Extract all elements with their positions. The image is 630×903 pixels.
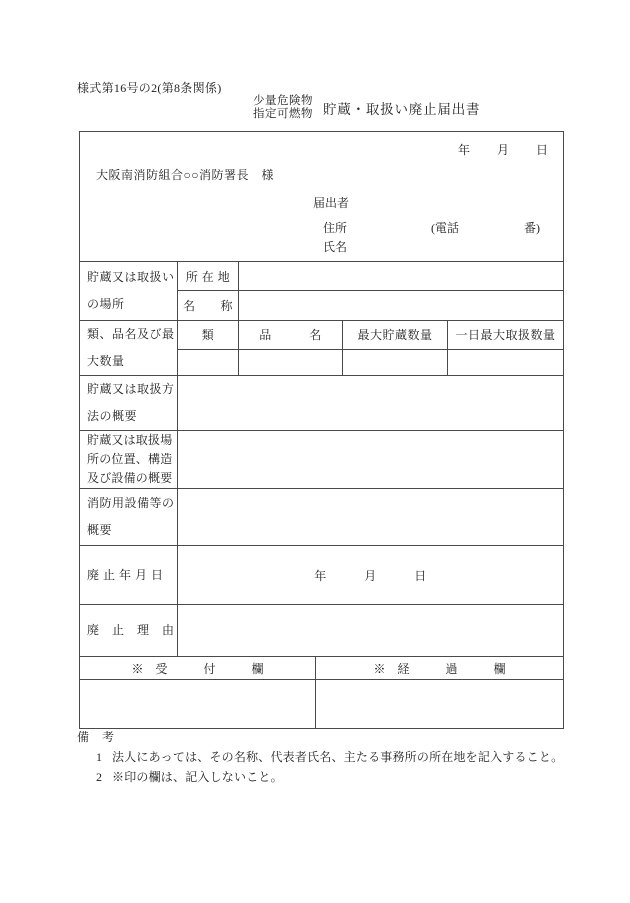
input-max-storage — [343, 349, 448, 375]
note-item: 2 ※印の欄は、記入しないこと。 — [77, 767, 577, 787]
input-daily-max — [448, 349, 564, 375]
input-method-summary — [178, 376, 564, 431]
declarant-address-label: 住所 — [323, 219, 347, 236]
addressee: 大阪南消防組合○○消防署長 様 — [96, 166, 274, 183]
note-text: ※印の欄は、記入しないこと。 — [112, 767, 283, 787]
input-fire-equipment — [178, 489, 564, 546]
submission-date: 年 月 日 — [458, 141, 549, 158]
form-title: 少量危険物 指定可燃物 貯蔵・取扱い廃止届出書 — [253, 95, 480, 121]
note-text: 法人にあっては、その名称、代表者氏名、主たる事務所の所在地を記入すること。 — [112, 747, 563, 767]
reception-column-header: ※ 受 付 欄 — [80, 657, 316, 680]
column-header-class: 類 — [178, 321, 239, 350]
phone-number-suffix: 番) — [524, 219, 540, 236]
sublabel-location-name: 名 称 — [178, 291, 239, 321]
progress-stamp-box — [316, 680, 564, 729]
notes-section: 備 考 1 法人にあっては、その名称、代表者氏名、主たる事務所の所在地を記入する… — [77, 727, 577, 787]
title-category-line2: 指定可燃物 — [253, 108, 313, 121]
header-section: 年 月 日 大阪南消防組合○○消防署長 様 届出者 住所 (電話 番) 氏名 — [80, 132, 564, 262]
label-storage-location: 貯蔵又は取扱い の場所 — [80, 262, 178, 321]
label-method-summary: 貯蔵又は取扱方 法の概要 — [80, 376, 178, 431]
input-location-name — [239, 291, 564, 321]
reception-stamp-box — [80, 680, 316, 729]
column-header-daily-max: 一日最大取扱数量 — [448, 321, 564, 350]
column-header-max-storage: 最大貯蔵数量 — [343, 321, 448, 350]
input-product-name — [239, 349, 343, 375]
input-structure-summary — [178, 431, 564, 489]
sublabel-location-address: 所 在 地 — [178, 262, 239, 291]
declarant-label: 届出者 — [313, 194, 349, 211]
stamp-section-table: ※ 受 付 欄 ※ 経 過 欄 — [79, 656, 564, 729]
note-number: 1 — [96, 747, 102, 767]
document-page: 様式第16号の2(第8条関係) 少量危険物 指定可燃物 貯蔵・取扱い廃止届出書 … — [0, 0, 630, 903]
note-number: 2 — [96, 767, 102, 787]
label-abolition-date: 廃 止 年 月 日 — [80, 546, 178, 605]
phone-label: (電話 — [431, 219, 459, 236]
notes-title: 備 考 — [77, 727, 577, 747]
label-structure-summary: 貯蔵又は取扱場 所の位置、構造 及び設備の概要 — [80, 431, 178, 489]
label-class-qty: 類、品名及び最 大数量 — [80, 321, 178, 376]
note-item: 1 法人にあっては、その名称、代表者氏名、主たる事務所の所在地を記入すること。 — [77, 747, 577, 767]
input-location-address — [239, 262, 564, 291]
label-abolition-reason: 廃 止 理 由 — [80, 605, 178, 657]
declarant-name-label: 氏名 — [323, 238, 347, 255]
progress-column-header: ※ 経 過 欄 — [316, 657, 564, 680]
title-main: 貯蔵・取扱い廃止届出書 — [323, 98, 480, 118]
title-category-stack: 少量危険物 指定可燃物 — [253, 95, 313, 121]
column-header-product-name: 品 名 — [239, 321, 343, 350]
input-class — [178, 349, 239, 375]
input-abolition-date: 年 月 日 — [178, 546, 564, 605]
form-table-wrap: 年 月 日 大阪南消防組合○○消防署長 様 届出者 住所 (電話 番) 氏名 貯… — [79, 131, 563, 729]
main-form-table: 年 月 日 大阪南消防組合○○消防署長 様 届出者 住所 (電話 番) 氏名 貯… — [79, 131, 564, 657]
input-abolition-reason — [178, 605, 564, 657]
label-fire-equipment: 消防用設備等の 概要 — [80, 489, 178, 546]
title-category-line1: 少量危険物 — [253, 95, 313, 108]
form-number: 様式第16号の2(第8条関係) — [77, 79, 222, 96]
